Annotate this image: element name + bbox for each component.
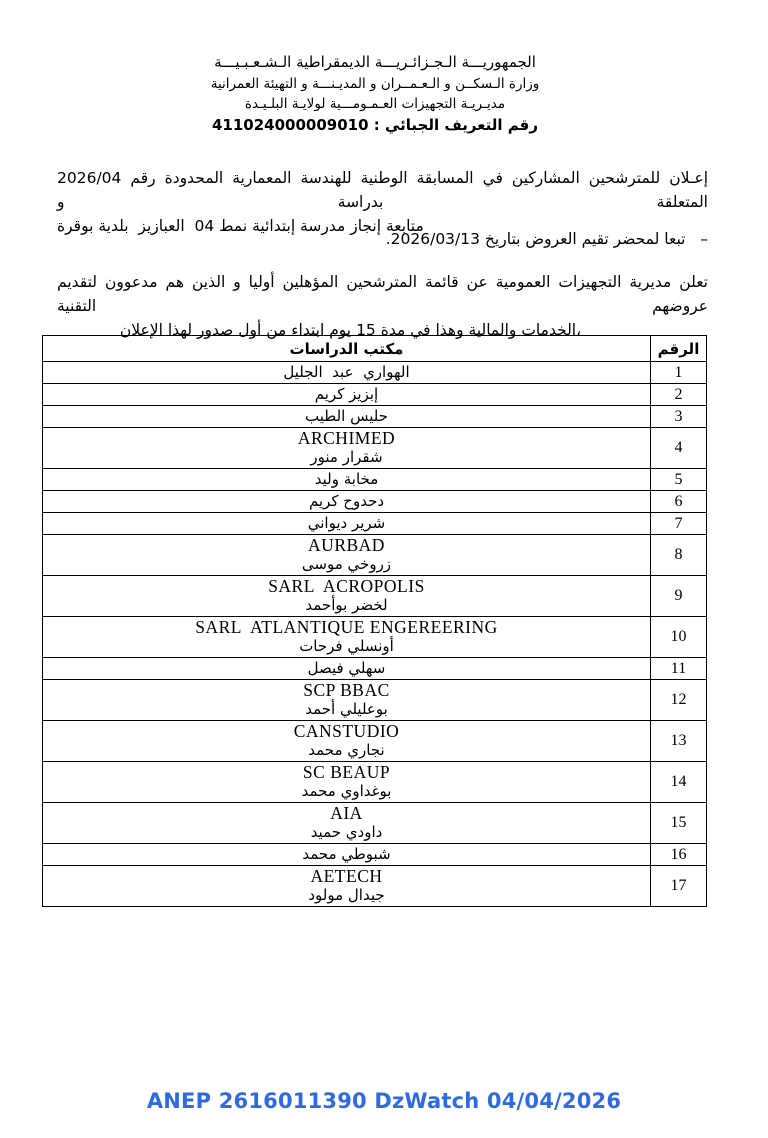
office-name-arabic: زروخي موسى bbox=[43, 555, 650, 575]
dash-list-item: – تبعا لمحضر تقيم العروض بتاريخ 2026/03/… bbox=[57, 227, 708, 251]
office-name-arabic: بوغداوي محمد bbox=[43, 782, 650, 802]
office-cell: SARL ATLANTIQUE ENGEREERINGأونسلي فرحات bbox=[43, 617, 651, 658]
row-number: 2 bbox=[651, 384, 707, 406]
office-name-latin: ARCHIMED bbox=[43, 429, 650, 449]
office-name-latin: SARL ACROPOLIS bbox=[43, 577, 650, 597]
row-number: 7 bbox=[651, 513, 707, 535]
office-name-latin: AETECH bbox=[43, 867, 650, 887]
table-row: SARL ACROPOLISلخضر بوأحمد9 bbox=[43, 576, 707, 617]
table-row: مخابة وليد5 bbox=[43, 469, 707, 491]
office-name-arabic: شبوطي محمد bbox=[43, 845, 650, 865]
office-cell: مخابة وليد bbox=[43, 469, 651, 491]
office-column-header: مكتب الدراسات bbox=[43, 336, 651, 362]
row-number: 12 bbox=[651, 680, 707, 721]
row-number: 17 bbox=[651, 866, 707, 907]
office-cell: AETECHجيدال مولود bbox=[43, 866, 651, 907]
row-number: 3 bbox=[651, 406, 707, 428]
office-name-latin: SARL ATLANTIQUE ENGEREERING bbox=[43, 618, 650, 638]
ministry-title: وزارة الـسكــن و الـعـمــران و المديـنــ… bbox=[42, 74, 708, 94]
office-cell: AIAداودي حميد bbox=[43, 803, 651, 844]
row-number: 11 bbox=[651, 658, 707, 680]
row-number: 6 bbox=[651, 491, 707, 513]
row-number: 5 bbox=[651, 469, 707, 491]
table-row: دحدوح كريم6 bbox=[43, 491, 707, 513]
table-row: ARCHIMEDشقرار منور4 bbox=[43, 428, 707, 469]
office-cell: شبوطي محمد bbox=[43, 844, 651, 866]
office-name-latin: AIA bbox=[43, 804, 650, 824]
office-name-arabic: نجاري محمد bbox=[43, 741, 650, 761]
office-name-arabic: أونسلي فرحات bbox=[43, 637, 650, 657]
table-row: AURBADزروخي موسى8 bbox=[43, 535, 707, 576]
table-row: شرير ديواني7 bbox=[43, 513, 707, 535]
row-number: 16 bbox=[651, 844, 707, 866]
candidates-table: مكتب الدراسات الرقم الهواري عبد الجليل1إ… bbox=[42, 335, 707, 907]
table-header-row: مكتب الدراسات الرقم bbox=[43, 336, 707, 362]
republic-title: الجمهوريـــة الـجـزائـريـــة الديمقراطية… bbox=[42, 50, 708, 74]
table-row: إبزيز كريم2 bbox=[43, 384, 707, 406]
office-name-arabic: حليس الطيب bbox=[43, 407, 650, 427]
office-cell: CANSTUDIOنجاري محمد bbox=[43, 721, 651, 762]
office-cell: سهلي فيصل bbox=[43, 658, 651, 680]
notice-paragraph: تعلن مديرية التجهيزات العمومية عن قائمة … bbox=[57, 270, 708, 342]
office-cell: شرير ديواني bbox=[43, 513, 651, 535]
office-name-arabic: بوعليلي أحمد bbox=[43, 700, 650, 720]
tax-id-line: رقم التعريف الجبائي : 411024000009010 bbox=[42, 114, 708, 136]
office-name-arabic: دحدوح كريم bbox=[43, 492, 650, 512]
office-name-arabic: داودي حميد bbox=[43, 823, 650, 843]
office-cell: حليس الطيب bbox=[43, 406, 651, 428]
office-cell: SC BEAUPبوغداوي محمد bbox=[43, 762, 651, 803]
office-name-arabic: سهلي فيصل bbox=[43, 659, 650, 679]
office-cell: SCP BBACبوعليلي أحمد bbox=[43, 680, 651, 721]
anep-footer: ANEP 2616011390 DzWatch 04/04/2026 bbox=[0, 1089, 768, 1113]
office-name-latin: AURBAD bbox=[43, 536, 650, 556]
document-page: الجمهوريـــة الـجـزائـريـــة الديمقراطية… bbox=[0, 0, 768, 1138]
table-row: SARL ATLANTIQUE ENGEREERINGأونسلي فرحات1… bbox=[43, 617, 707, 658]
table-row: الهواري عبد الجليل1 bbox=[43, 362, 707, 384]
row-number: 9 bbox=[651, 576, 707, 617]
table-row: CANSTUDIOنجاري محمد13 bbox=[43, 721, 707, 762]
table-row: SC BEAUPبوغداوي محمد14 bbox=[43, 762, 707, 803]
row-number: 1 bbox=[651, 362, 707, 384]
table-row: SCP BBACبوعليلي أحمد12 bbox=[43, 680, 707, 721]
office-name-latin: CANSTUDIO bbox=[43, 722, 650, 742]
table-row: شبوطي محمد16 bbox=[43, 844, 707, 866]
row-number: 14 bbox=[651, 762, 707, 803]
office-cell: SARL ACROPOLISلخضر بوأحمد bbox=[43, 576, 651, 617]
office-cell: ARCHIMEDشقرار منور bbox=[43, 428, 651, 469]
row-number: 10 bbox=[651, 617, 707, 658]
row-number: 15 bbox=[651, 803, 707, 844]
office-cell: AURBADزروخي موسى bbox=[43, 535, 651, 576]
row-number: 8 bbox=[651, 535, 707, 576]
table-row: حليس الطيب3 bbox=[43, 406, 707, 428]
office-name-arabic: الهواري عبد الجليل bbox=[43, 363, 650, 383]
document-header: الجمهوريـــة الـجـزائـريـــة الديمقراطية… bbox=[42, 50, 708, 136]
office-name-latin: SC BEAUP bbox=[43, 763, 650, 783]
office-name-latin: SCP BBAC bbox=[43, 681, 650, 701]
office-cell: دحدوح كريم bbox=[43, 491, 651, 513]
office-name-arabic: جيدال مولود bbox=[43, 886, 650, 906]
office-cell: إبزيز كريم bbox=[43, 384, 651, 406]
office-name-arabic: لخضر بوأحمد bbox=[43, 596, 650, 616]
office-name-arabic: إبزيز كريم bbox=[43, 385, 650, 405]
table-row: سهلي فيصل11 bbox=[43, 658, 707, 680]
office-cell: الهواري عبد الجليل bbox=[43, 362, 651, 384]
row-number: 4 bbox=[651, 428, 707, 469]
announcement-line-1: إعـلان للمترشحين المشاركين في المسابقة ا… bbox=[57, 166, 708, 214]
office-name-arabic: شقرار منور bbox=[43, 448, 650, 468]
number-column-header: الرقم bbox=[651, 336, 707, 362]
row-number: 13 bbox=[651, 721, 707, 762]
office-name-arabic: مخابة وليد bbox=[43, 470, 650, 490]
directorate-title: مديـريـة التجهيزات العـمـومـــية لولايـة… bbox=[42, 94, 708, 114]
office-name-arabic: شرير ديواني bbox=[43, 514, 650, 534]
notice-line-1: تعلن مديرية التجهيزات العمومية عن قائمة … bbox=[57, 270, 708, 318]
table-row: AIAداودي حميد15 bbox=[43, 803, 707, 844]
table-row: AETECHجيدال مولود17 bbox=[43, 866, 707, 907]
